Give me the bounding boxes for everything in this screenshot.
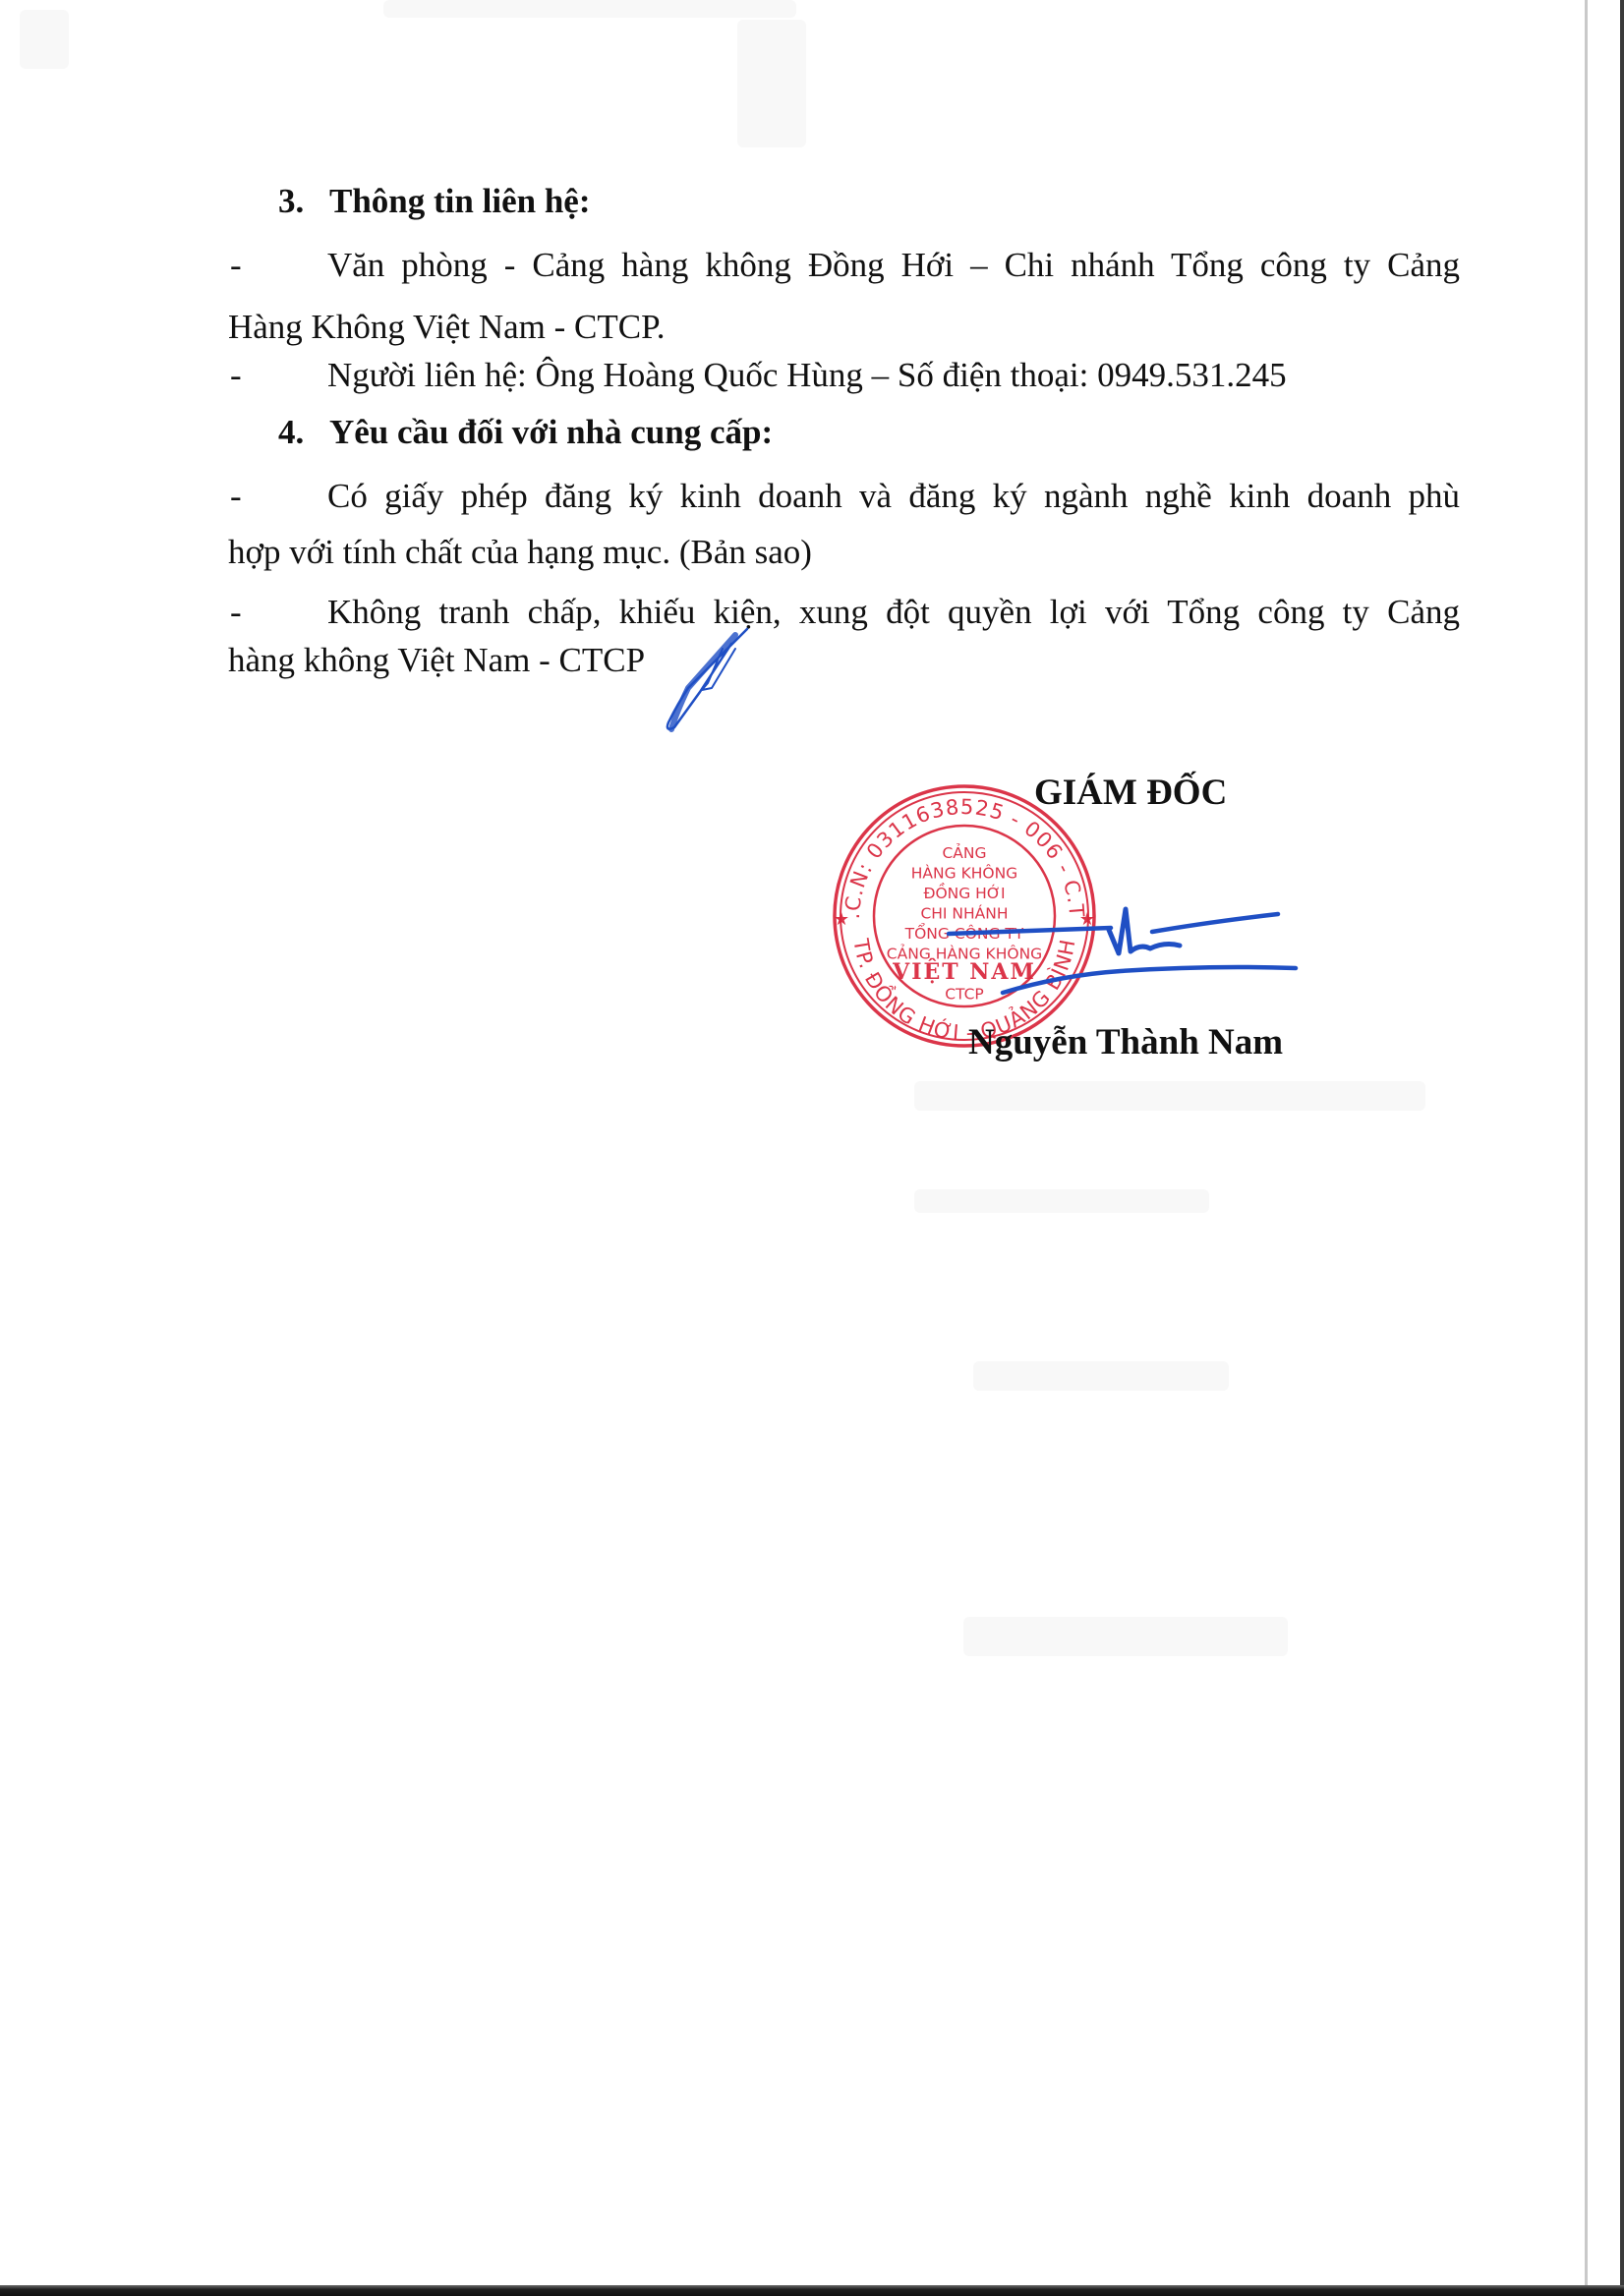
initials-mark [667, 629, 747, 729]
svg-text:CHI NHÁNH: CHI NHÁNH [920, 904, 1008, 923]
svg-text:VIỆT NAM: VIỆT NAM [892, 958, 1036, 985]
svg-text:CTCP: CTCP [945, 986, 984, 1004]
seal-star-icon: ★ [834, 909, 849, 930]
company-seal: M.S.C.N: 0311638525 - 006 - C.T.C.P TP. … [0, 0, 1624, 2296]
document-page: 3. Thông tin liên hệ: - Văn phòng - Cảng… [0, 0, 1624, 2296]
svg-text:M.S.C.N: 0311638525 - 006 - C.: M.S.C.N: 0311638525 - 006 - C.T.C.P [0, 0, 1088, 920]
svg-text:ĐỒNG HỚI: ĐỒNG HỚI [923, 882, 1005, 902]
signer-name: Nguyễn Thành Nam [968, 1022, 1283, 1063]
seal-center-text: CẢNGHÀNG KHÔNGĐỒNG HỚICHI NHÁNHTỔNG CÔNG… [887, 842, 1042, 1004]
svg-text:HÀNG KHÔNG: HÀNG KHÔNG [911, 864, 1017, 883]
seal-top-arc-text: M.S.C.N: 0311638525 - 006 - C.T.C.P [0, 0, 1088, 920]
svg-text:CẢNG: CẢNG [942, 842, 986, 862]
